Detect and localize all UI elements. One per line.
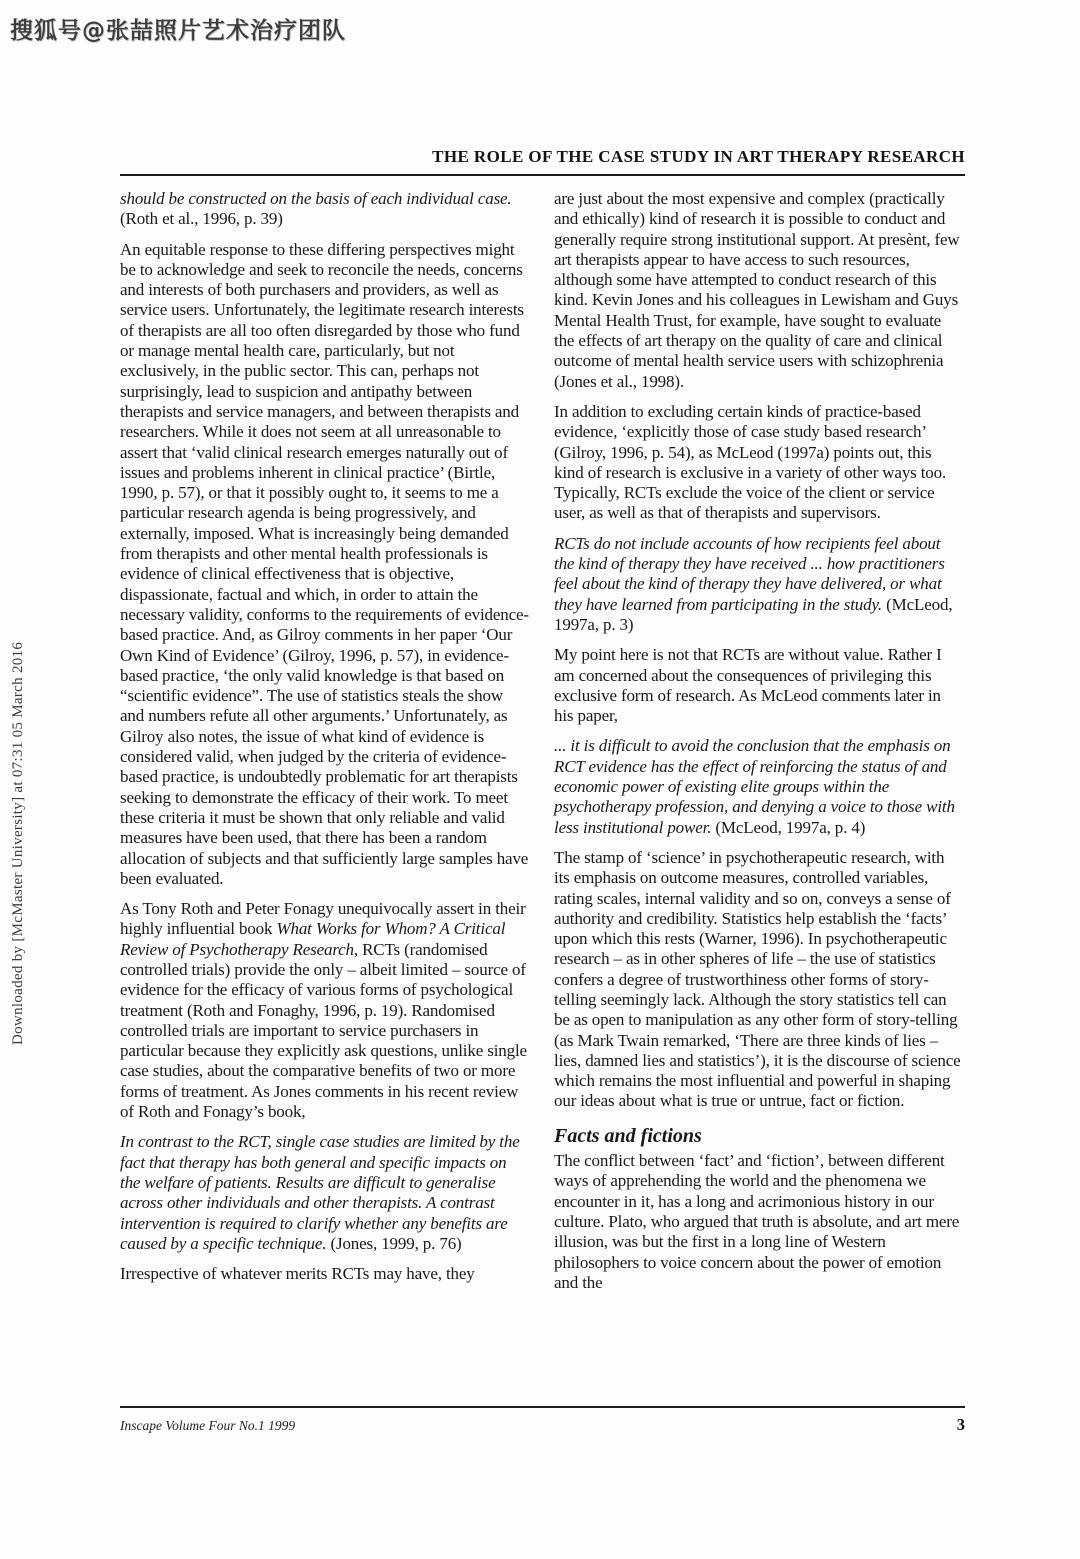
paragraph-my-point: My point here is not that RCTs are witho… [554, 645, 964, 726]
page-footer: Inscape Volume Four No.1 1999 3 [120, 1406, 965, 1435]
paragraph-conflict-fact-fiction: The conflict between ‘fact’ and ‘fiction… [554, 1151, 964, 1293]
quote-citation: (Jones, 1999, p. 76) [330, 1234, 461, 1253]
paragraph-excluding-evidence: In addition to excluding certain kinds o… [554, 402, 964, 524]
running-title: THE ROLE OF THE CASE STUDY IN ART THERAP… [120, 147, 965, 167]
quote-citation: (Roth et al., 1996, p. 39) [120, 209, 283, 228]
right-column: are just about the most expensive and co… [554, 189, 964, 1303]
page-content: THE ROLE OF THE CASE STUDY IN ART THERAP… [120, 147, 965, 1303]
journal-page: 搜狐号@张喆照片艺术治疗团队 Downloaded by [McMaster U… [0, 0, 1080, 1559]
paragraph-irrespective: Irrespective of whatever merits RCTs may… [120, 1264, 530, 1284]
paragraph-equitable-response: An equitable response to these differing… [120, 240, 530, 890]
paragraph-segment: , RCTs (randomised controlled trials) pr… [120, 940, 527, 1121]
block-quote-mcleod-p3: RCTs do not include accounts of how reci… [554, 534, 964, 635]
block-quote-roth: should be constructed on the basis of ea… [120, 189, 530, 230]
footer-rule [120, 1406, 965, 1408]
two-column-body: should be constructed on the basis of ea… [120, 189, 965, 1303]
page-number: 3 [957, 1415, 965, 1435]
left-column: should be constructed on the basis of ea… [120, 189, 530, 1303]
footer-row: Inscape Volume Four No.1 1999 3 [120, 1415, 965, 1435]
paragraph-roth-fonagy: As Tony Roth and Peter Fonagy unequivoca… [120, 899, 530, 1122]
section-heading-facts-and-fictions: Facts and fictions [554, 1126, 964, 1146]
paragraph-stamp-of-science: The stamp of ‘science’ in psychotherapeu… [554, 848, 964, 1112]
download-notice: Downloaded by [McMaster University] at 0… [10, 642, 27, 1045]
sohu-account-watermark: 搜狐号@张喆照片艺术治疗团队 [10, 12, 346, 45]
paragraph-expensive-complex: are just about the most expensive and co… [554, 189, 964, 392]
quote-citation: (McLeod, 1997a, p. 4) [715, 818, 865, 837]
block-quote-jones: In contrast to the RCT, single case stud… [120, 1132, 530, 1254]
journal-volume-info: Inscape Volume Four No.1 1999 [120, 1418, 295, 1434]
quote-text: should be constructed on the basis of ea… [120, 189, 512, 208]
header-rule [120, 174, 965, 176]
block-quote-mcleod-p4: ... it is difficult to avoid the conclus… [554, 736, 964, 837]
